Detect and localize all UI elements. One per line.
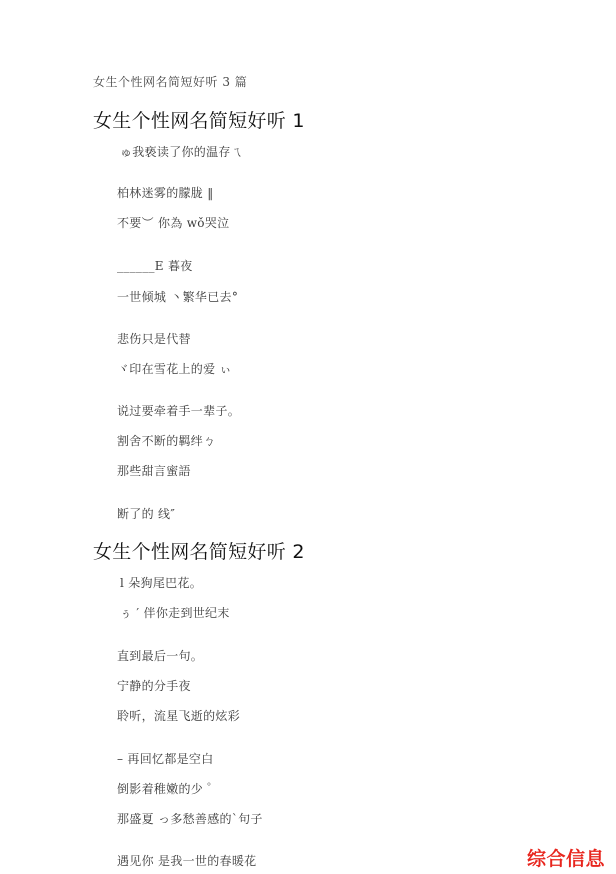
list-item: ゅ我亵读了你的温存ㄟ [120,143,243,160]
list-item: 割舍不断的羁绊ㄅ [117,432,215,449]
list-item: ぅ ′ 伴你走到世纪末 [120,604,230,621]
list-item: – 再回忆都是空白 [117,750,214,767]
list-item: 宁静的分手夜 [117,677,191,694]
section-heading-2: 女生个性网名简短好听 2 [93,537,305,564]
list-item: 那些甜言蜜語 [117,462,191,479]
list-item: 悲伤只是代替 [117,330,191,347]
list-item: 直到最后一句。 [117,647,203,664]
list-item: l 朵狗尾巴花。 [120,574,202,591]
list-item: 说过要牵着手一辈子。 [117,402,240,419]
list-item: 断了的 线″ [117,505,175,522]
list-item: 聆听，流星飞逝的炫彩 [117,707,240,724]
list-item: 一世倾城 丶繁华已去° [117,288,238,305]
watermark-logo: 综合信息 [527,844,605,871]
list-item: 柏林迷雾的朦胧 ‖ [117,184,214,201]
document-title: 女生个性网名简短好听 3 篇 [93,73,247,90]
list-item: 遇见你 是我一世的春暖花 [117,852,256,869]
list-item: ヾ印在雪花上的爱 ぃ [117,360,232,377]
list-item: ______E 暮夜 [117,257,193,274]
section-heading-1: 女生个性网名简短好听 1 [93,106,305,133]
list-item: 不要︶ 你為 wǒ哭泣 [117,214,229,231]
list-item: 那盛夏 っ多愁善感的`句子 [117,810,263,827]
list-item: 倒影着稚嫩的少 ゜ [117,780,220,797]
